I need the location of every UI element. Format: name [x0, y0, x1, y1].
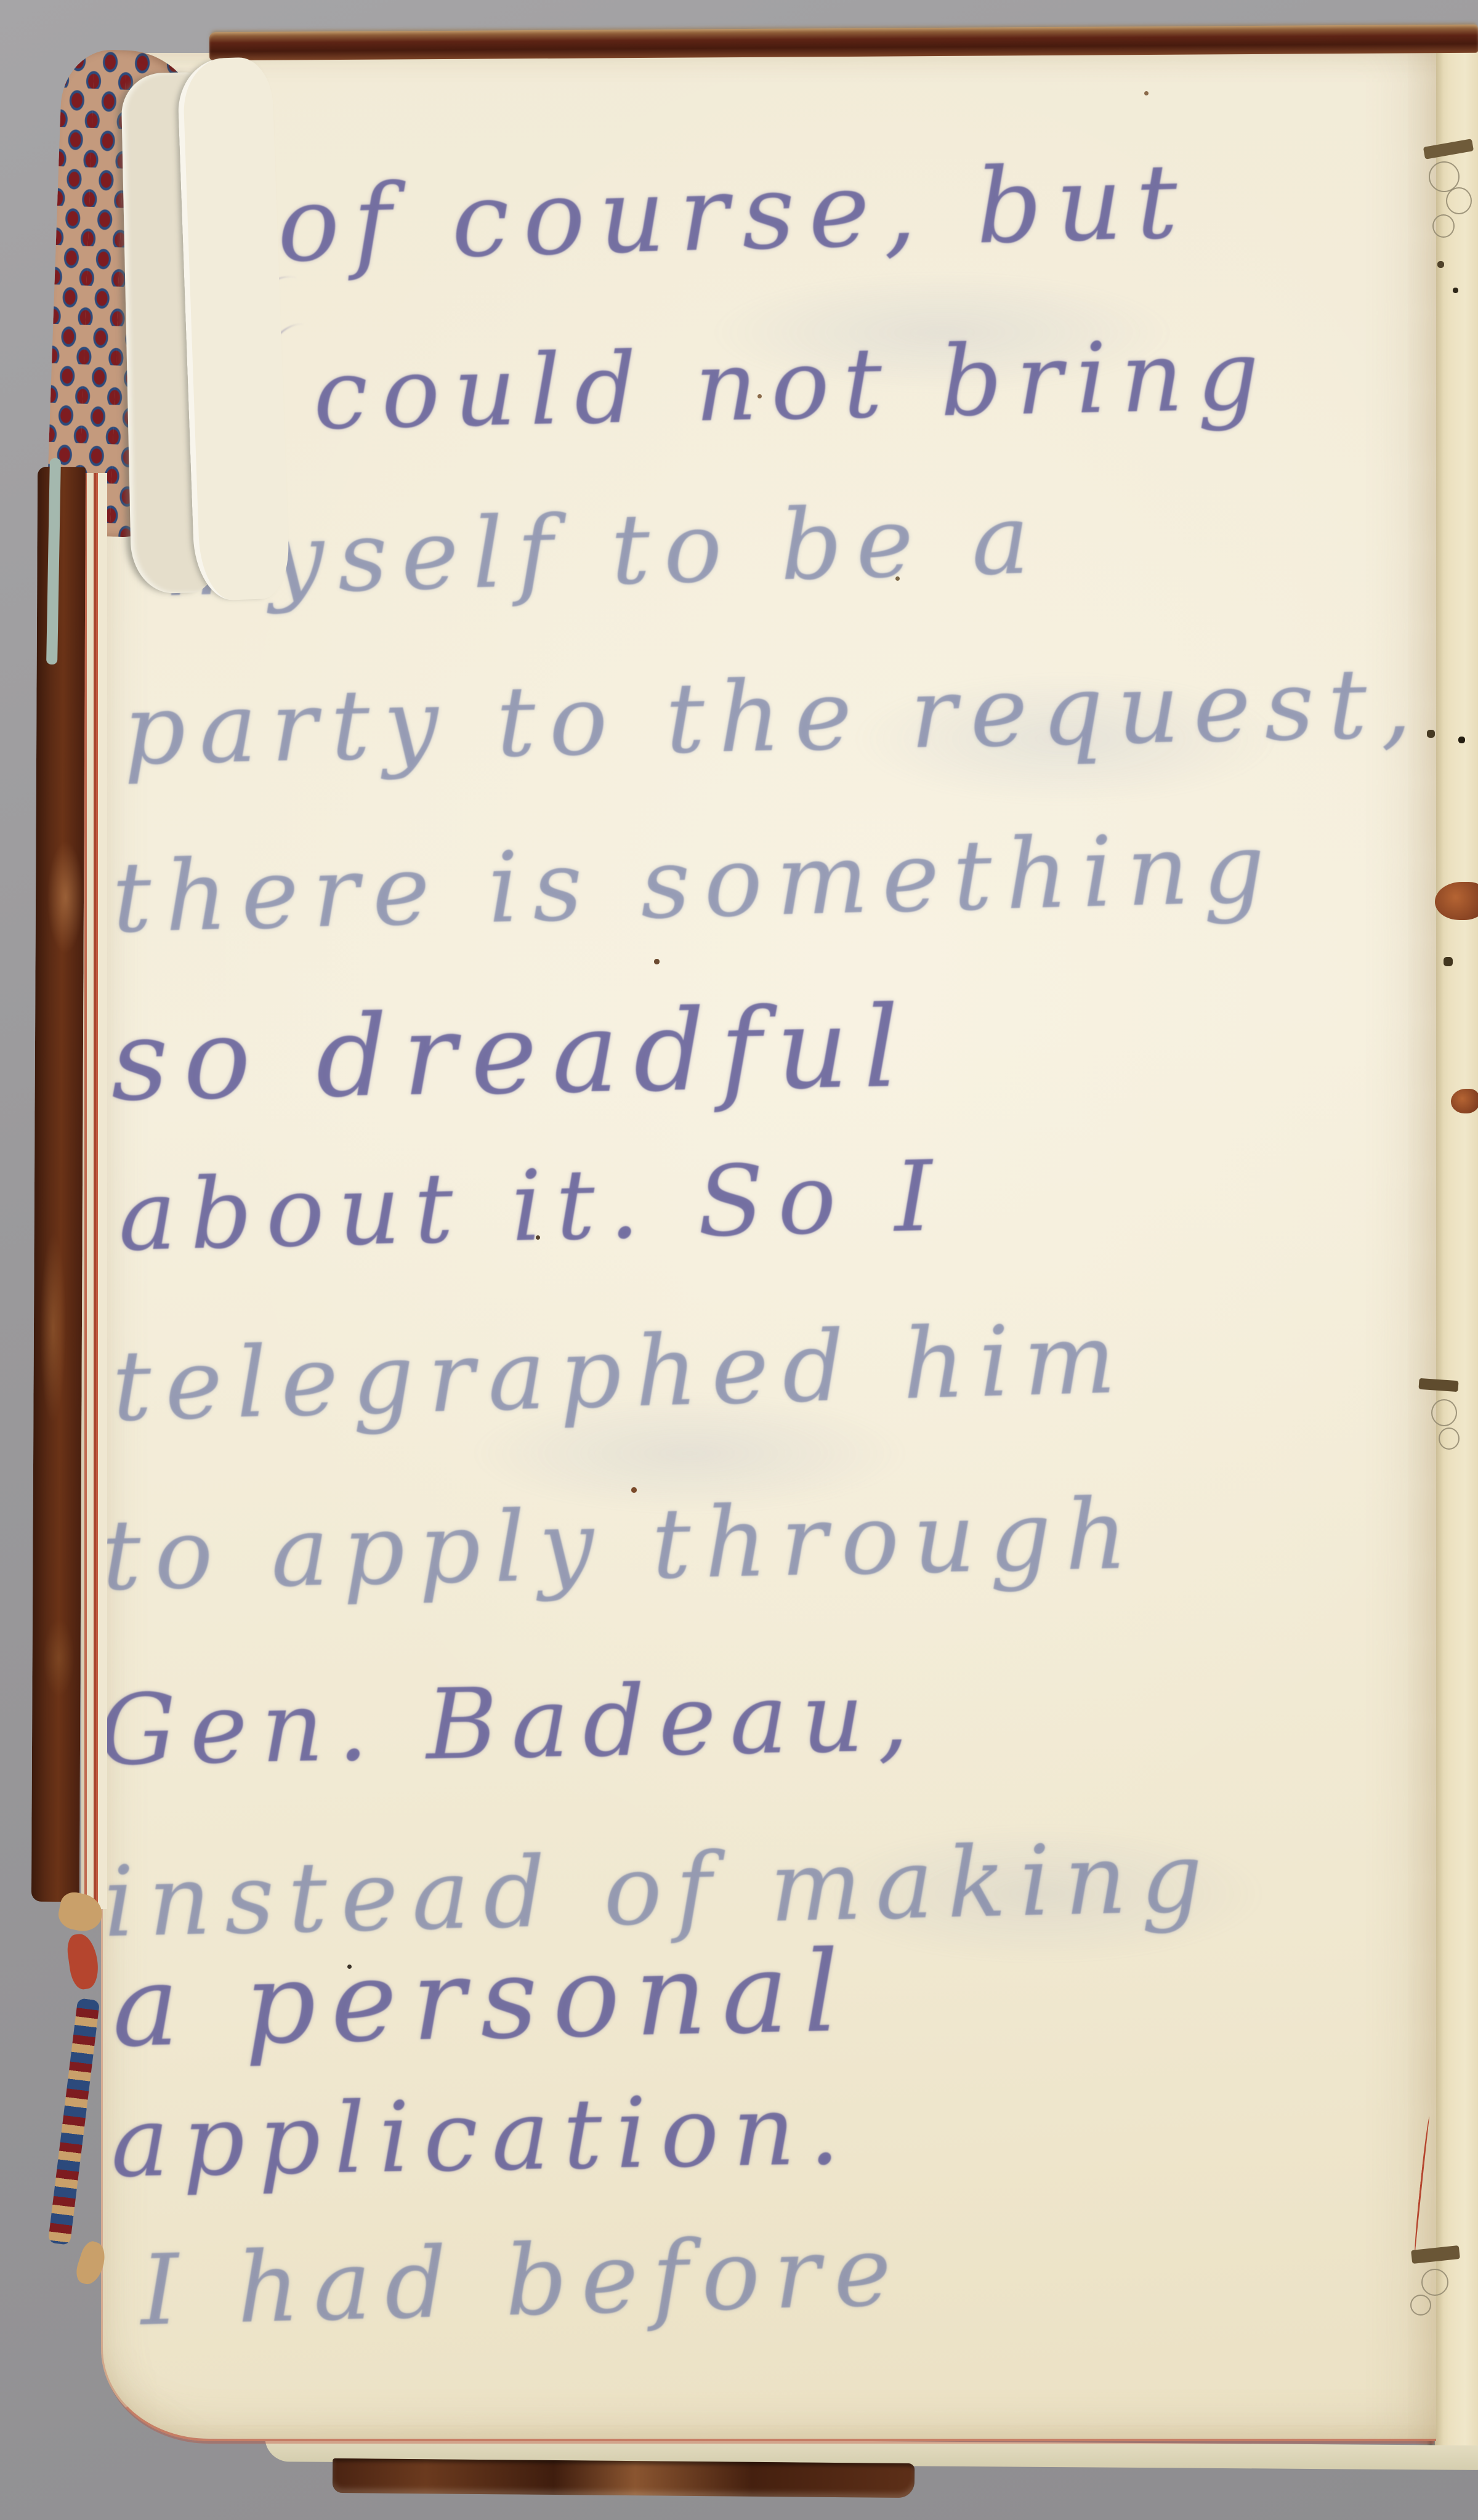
handwriting-line: of course, but	[276, 150, 1192, 277]
handwriting-line: so dreadful	[110, 991, 915, 1117]
stitching-thread-curl	[1421, 2269, 1448, 2296]
stitching-thread-curl	[1432, 214, 1455, 238]
page-edge-stack	[81, 473, 107, 1909]
handwriting-line: there is something	[111, 819, 1280, 947]
handwriting-line: Gen. Badeau,	[98, 1668, 923, 1779]
notebook-photo: of course, but I could not bring myself …	[0, 0, 1478, 2520]
stitching-thread-curl	[1439, 1428, 1460, 1450]
handwriting-line: telegraphed him	[111, 1310, 1131, 1436]
leather-fray	[65, 1932, 101, 1991]
handwriting-line: I had before	[139, 2223, 906, 2340]
paper-specks	[0, 0, 2, 2]
handwriting-line: application.	[110, 2081, 854, 2191]
stitching-thread-curl	[1410, 2295, 1431, 2316]
handwriting-line: I could not bring	[216, 326, 1274, 446]
stitching-thread-curl	[1431, 1399, 1457, 1426]
handwriting-line: party to the request,	[123, 655, 1426, 779]
handwriting-line: about it. So I	[117, 1148, 947, 1266]
handwriting-line: a personal	[111, 1935, 855, 2062]
bottom-cover-leather	[333, 2458, 915, 2498]
handwriting-line: to apply through	[101, 1485, 1142, 1604]
rust-stain	[1451, 1089, 1478, 1113]
leather-spine	[31, 467, 86, 1902]
handwriting-line: myself to be a	[162, 490, 1044, 610]
torn-page-edge	[177, 57, 291, 602]
stitching-thread-curl	[1446, 187, 1472, 214]
marbled-edge-flecks	[48, 1998, 100, 2245]
